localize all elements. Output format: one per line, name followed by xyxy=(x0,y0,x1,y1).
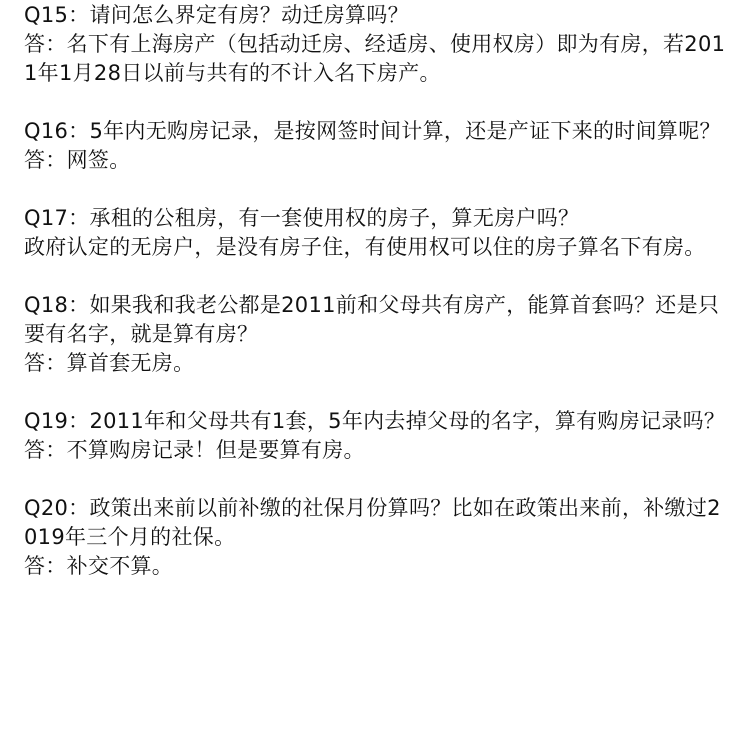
question-text: Q18：如果我和我老公都是2011前和父母共有房产，能算首套吗？还是只要有名字，… xyxy=(24,291,730,349)
question-text: Q19：2011年和父母共有1套，5年内去掉父母的名字，算有购房记录吗？ xyxy=(24,407,730,436)
question-text: Q17：承租的公租房，有一套使用权的房子，算无房户吗？ xyxy=(24,204,730,233)
faq-item-q15: Q15：请问怎么界定有房？动迁房算吗？ 答：名下有上海房产（包括动迁房、经适房、… xyxy=(24,1,730,88)
question-text: Q16：5年内无购房记录，是按网签时间计算，还是产证下来的时间算呢？ xyxy=(24,117,730,146)
faq-item-q17: Q17：承租的公租房，有一套使用权的房子，算无房户吗？ 政府认定的无房户，是没有… xyxy=(24,204,730,262)
answer-text: 答：网签。 xyxy=(24,146,730,175)
answer-text: 政府认定的无房户，是没有房子住，有使用权可以住的房子算名下有房。 xyxy=(24,233,730,262)
answer-text: 答：不算购房记录！但是要算有房。 xyxy=(24,436,730,465)
answer-text: 答：算首套无房。 xyxy=(24,349,730,378)
faq-item-q16: Q16：5年内无购房记录，是按网签时间计算，还是产证下来的时间算呢？ 答：网签。 xyxy=(24,117,730,175)
faq-item-q20: Q20：政策出来前以前补缴的社保月份算吗？比如在政策出来前，补缴过2019年三个… xyxy=(24,494,730,581)
answer-text: 答：补交不算。 xyxy=(24,552,730,581)
answer-text: 答：名下有上海房产（包括动迁房、经适房、使用权房）即为有房，若2011年1月28… xyxy=(24,30,730,88)
question-text: Q20：政策出来前以前补缴的社保月份算吗？比如在政策出来前，补缴过2019年三个… xyxy=(24,494,730,552)
faq-item-q19: Q19：2011年和父母共有1套，5年内去掉父母的名字，算有购房记录吗？ 答：不… xyxy=(24,407,730,465)
faq-item-q18: Q18：如果我和我老公都是2011前和父母共有房产，能算首套吗？还是只要有名字，… xyxy=(24,291,730,378)
faq-document: Q15：请问怎么界定有房？动迁房算吗？ 答：名下有上海房产（包括动迁房、经适房、… xyxy=(0,0,740,581)
question-text: Q15：请问怎么界定有房？动迁房算吗？ xyxy=(24,1,730,30)
